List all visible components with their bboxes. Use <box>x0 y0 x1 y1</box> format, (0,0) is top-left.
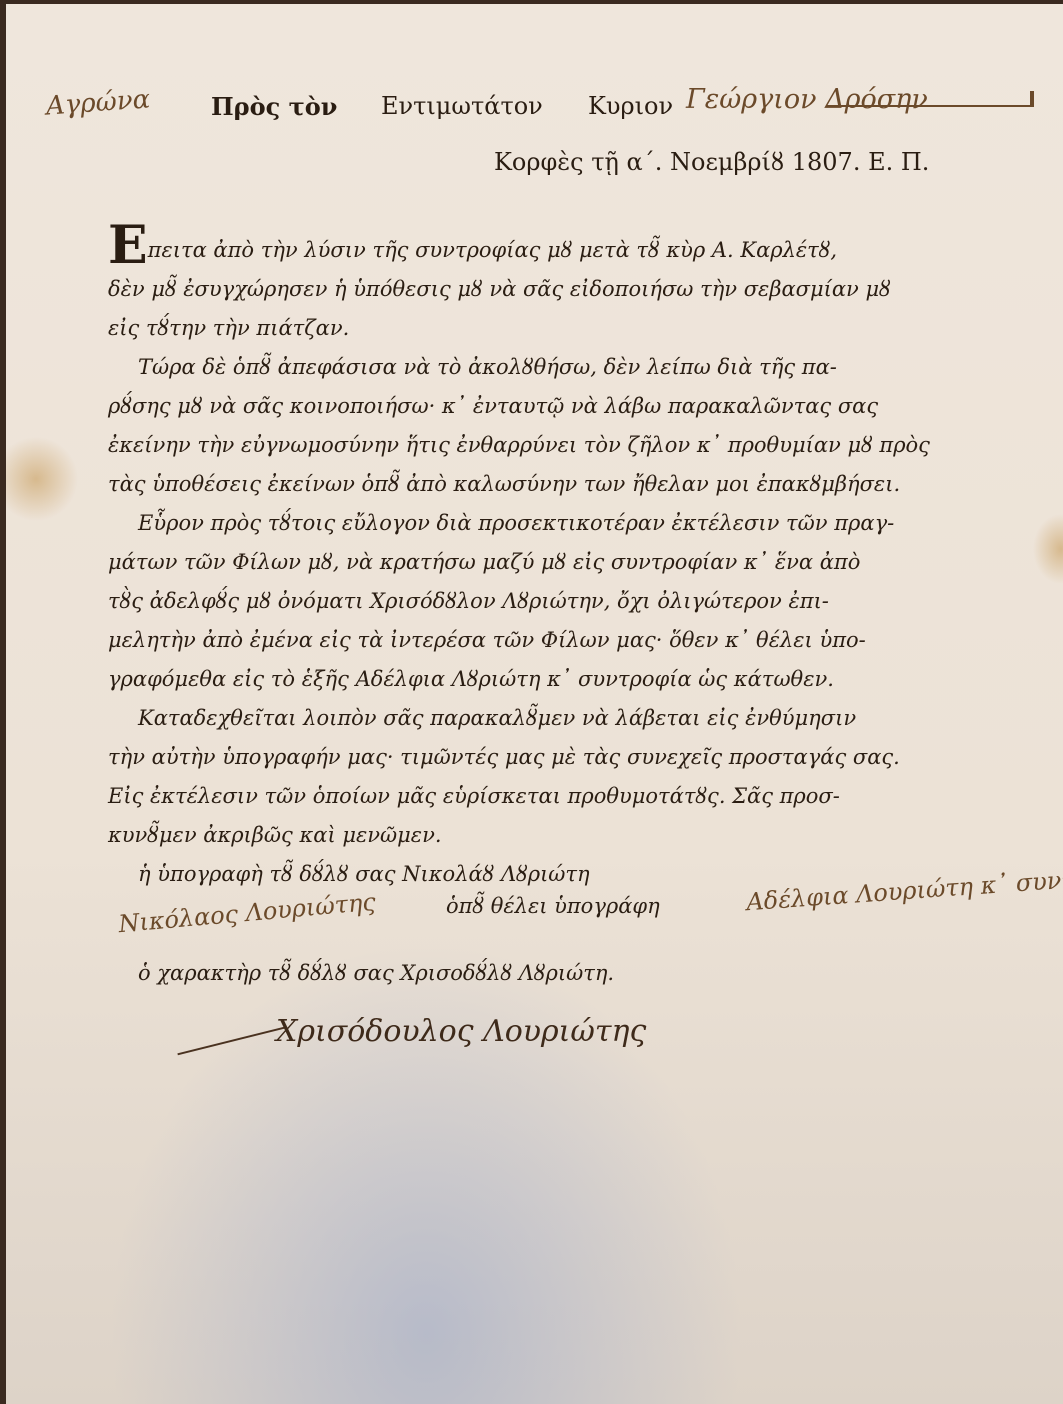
margin-note: Αγρώνα <box>45 84 151 121</box>
body-line: μάτων τῶν Φίλων μȣ, νὰ κρατήσω μαζύ μȣ ε… <box>108 543 988 582</box>
dateline: Κορφὲς τῇ α΄. Νοεμβρίȣ 1807. Ε. Π. <box>494 148 929 176</box>
body-line: Εὗρον πρὸς τȣ́τοις εὔλογον διὰ προσεκτικ… <box>108 504 988 543</box>
body-line: Καταδεχθεῖται λοιπὸν σᾶς παρακαλȣ̃μεν νὰ… <box>108 699 988 738</box>
body-line: εἰς τȣ́την τὴν πιάτζαν. <box>108 309 988 348</box>
body-line: δὲν μȣ̃ ἐσυγχώρησεν ἡ ὑπόθεσις μȣ νὰ σᾶς… <box>108 270 988 309</box>
signature-block: ὁ χαρακτὴρ τȣ̃ δȣ́λȣ σας Χρισοδȣ́λȣ Λȣρι… <box>108 954 988 993</box>
body-line: πειτα ἀπὸ τὴν λύσιν τῆς συντροφίας μȣ με… <box>148 238 837 262</box>
drop-cap: Ε <box>108 215 148 276</box>
address-honorific: Εντιμωτάτον <box>381 92 543 120</box>
body-line: τȣ̀ς ἀδελφȣ́ς μȣ ὀνόματι Χρισόδȣλον Λȣρι… <box>108 582 988 621</box>
letter-body: Επειτα ἀπὸ τὴν λύσιν τῆς συντροφίας μȣ μ… <box>108 226 988 894</box>
signature-chrisodoulos: Χρισόδουλος Λουριώτης <box>276 1014 646 1049</box>
body-line: ἐκείνην τὴν εὐγνωμοσύνην ἥτις ἐνθαρρύνει… <box>108 426 988 465</box>
body-line: τὰς ὑποθέσεις ἐκείνων ὁπȣ̃ ἀπὸ καλωσύνην… <box>108 465 988 504</box>
address-kyrion: Κυριον <box>588 92 673 120</box>
body-line: Εἰς ἐκτέλεσιν τῶν ὁποίων μᾶς εὑρίσκεται … <box>108 777 988 816</box>
body-line: κυνȣ̃μεν ἀκριβῶς καὶ μενῶμεν. <box>108 816 988 855</box>
letter-page: Αγρώνα Πρὸς τὸν Εντιμωτάτον Κυριον Γεώργ… <box>6 4 1063 1404</box>
signature-caption-2: ὁπȣ̃ θέλει ὑπογράφη <box>446 894 660 918</box>
signature-nikolaos: Νικόλαος Λουριώτης <box>117 888 377 938</box>
body-line: ρȣ́σης μȣ νὰ σᾶς κοινοποιήσω· κ᾽ ἐνταυτῷ… <box>108 387 988 426</box>
signature-flourish <box>177 1027 284 1056</box>
body-line: μελητὴν ἀπὸ ἐμένα εἰς τὰ ἰντερέσα τῶν Φί… <box>108 621 988 660</box>
recipient-name-handwritten: Γεώργιον Δρόσην <box>686 84 928 115</box>
signature-caption-3: ὁ χαρακτὴρ τȣ̃ δȣ́λȣ σας Χρισοδȣ́λȣ Λȣρι… <box>108 954 988 993</box>
body-line: Τώρα δὲ ὁπȣ̃ ἀπεφάσισα νὰ τὸ ἀκολȣθήσω, … <box>108 348 988 387</box>
body-line: τὴν αὐτὴν ὑπογραφήν μας· τιμῶντές μας μὲ… <box>108 738 988 777</box>
body-line: γραφόμεθα εἰς τὸ ἑξῆς Αδέλφια Λȣριώτη κ᾽… <box>108 660 988 699</box>
signature-flourish <box>826 105 1034 107</box>
address-pros: Πρὸς τὸν <box>211 92 337 121</box>
